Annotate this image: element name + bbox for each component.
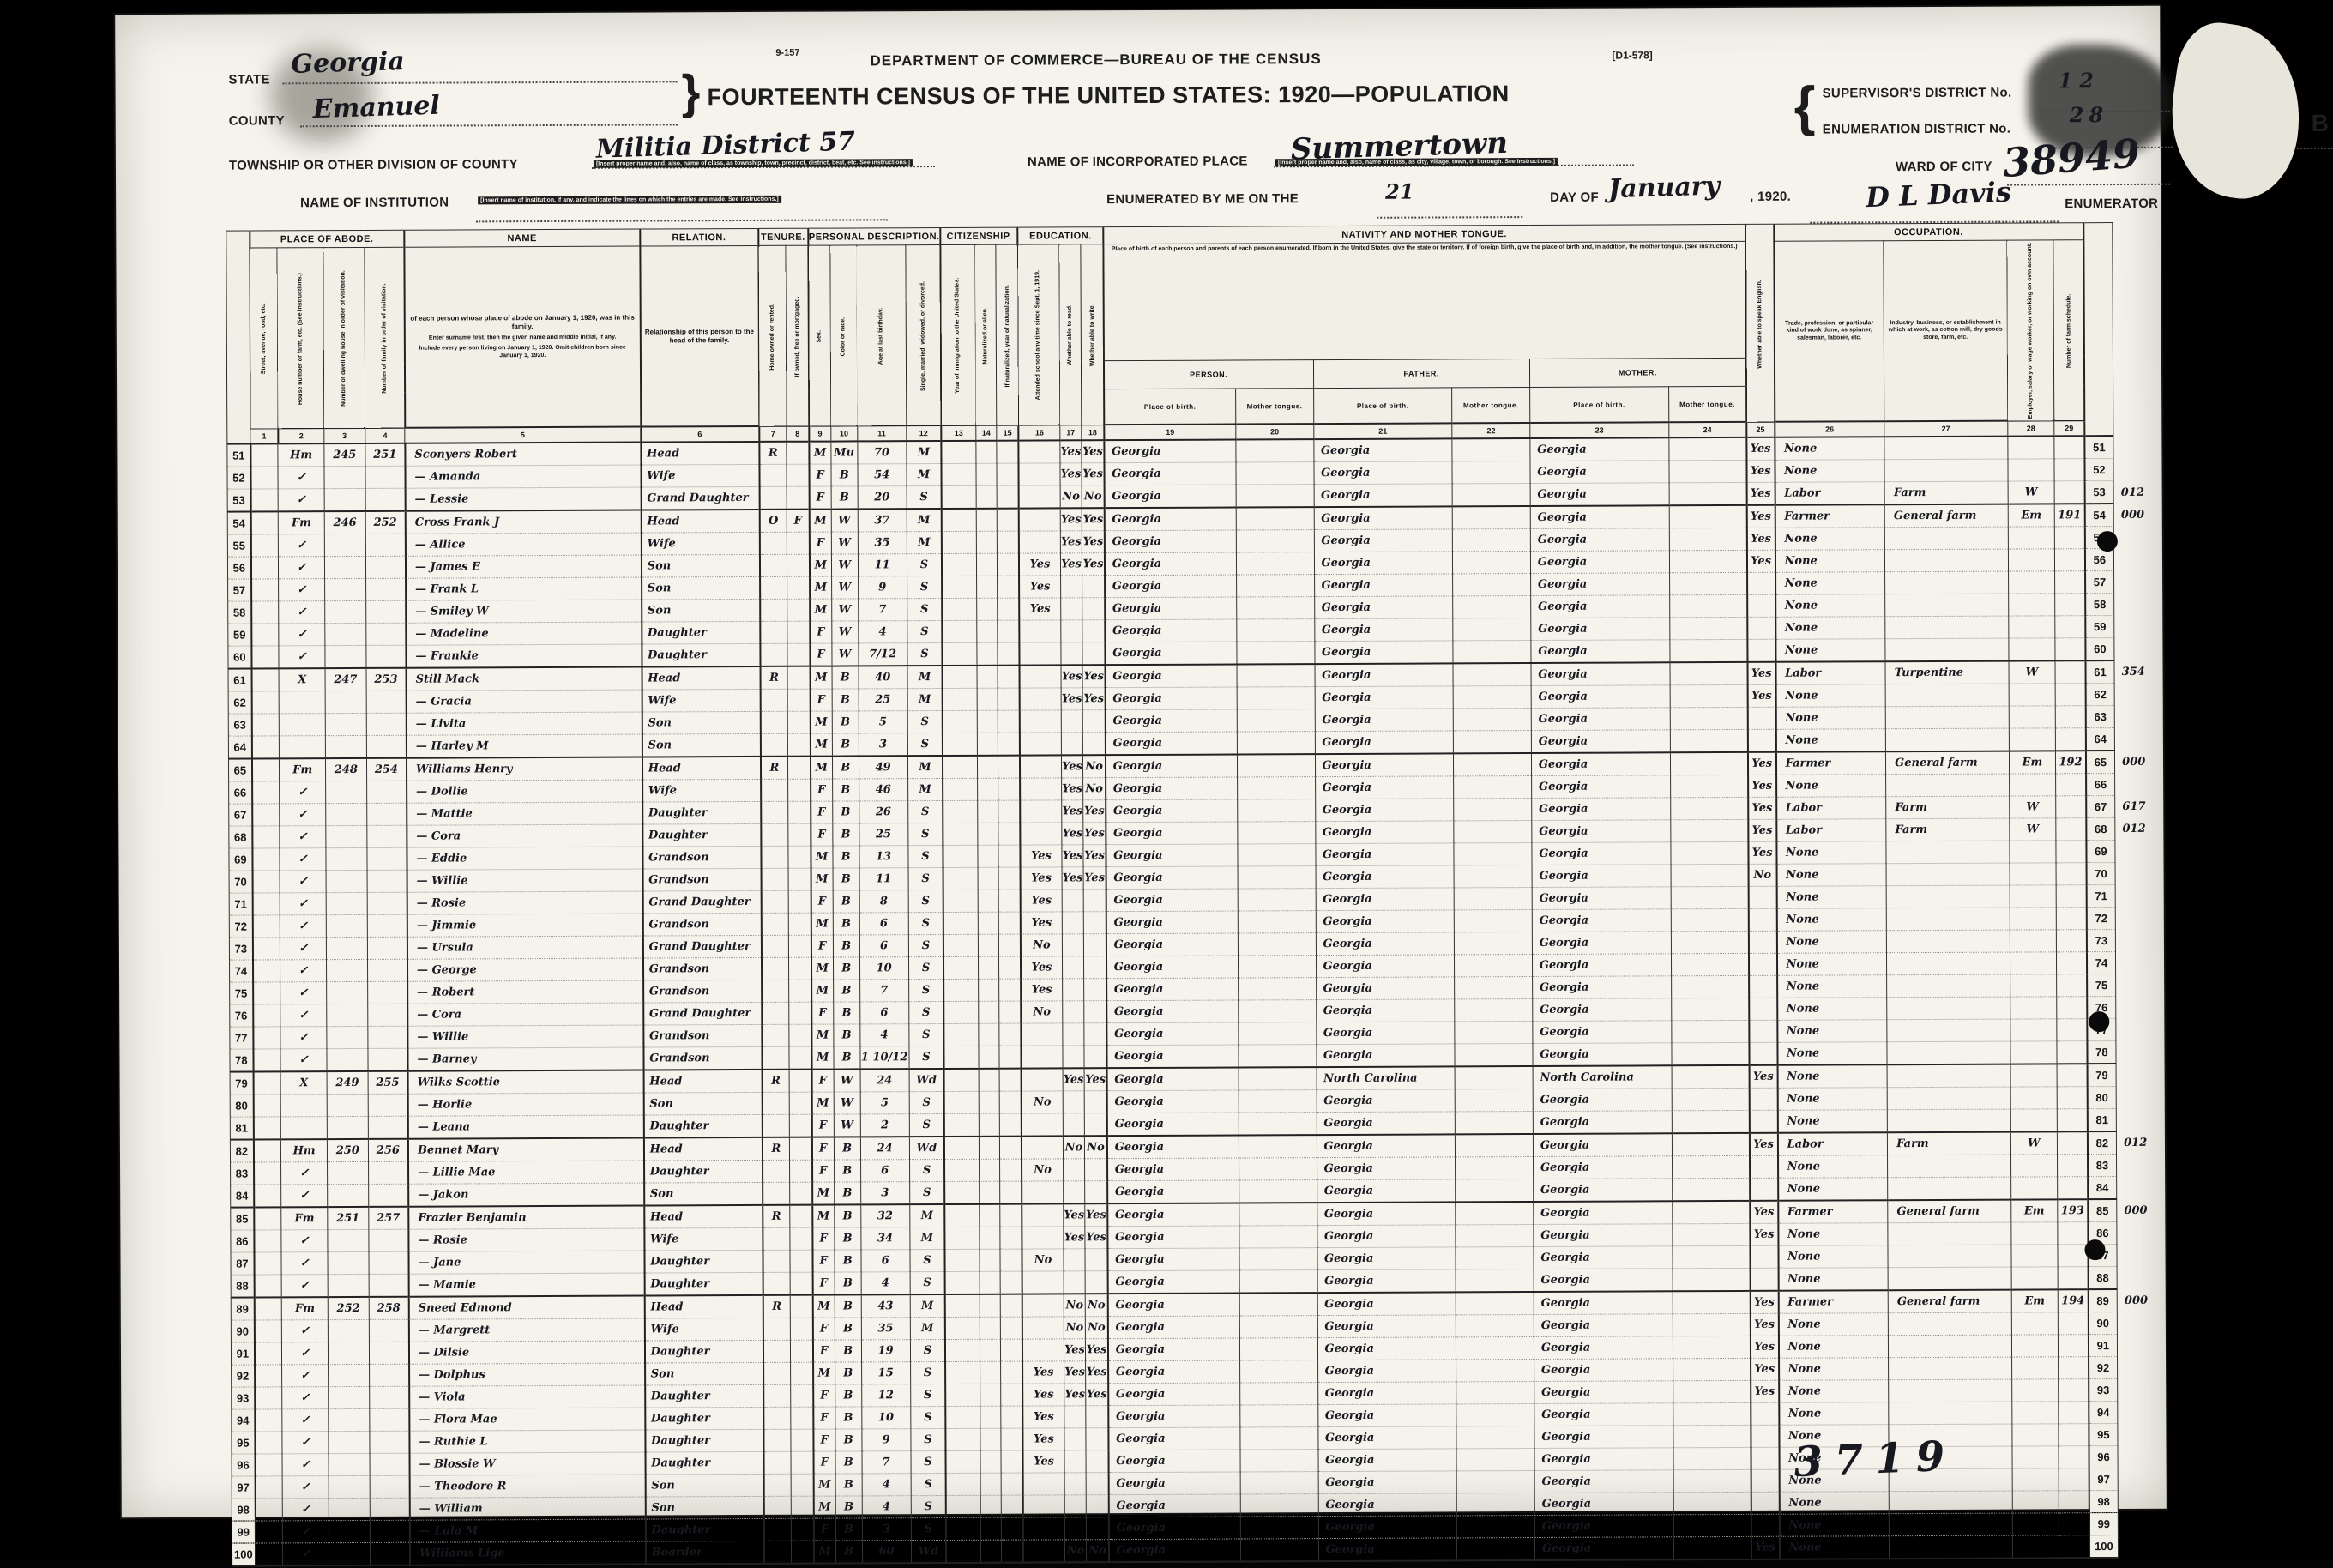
employment: [2010, 1019, 2057, 1041]
naturalization-year: [997, 441, 1019, 464]
person-mother-tongue: [1237, 709, 1315, 732]
naturalized: [978, 980, 999, 1002]
column-number: 13: [942, 425, 976, 441]
immigration-year: [946, 1451, 980, 1474]
family-number: [367, 1004, 407, 1027]
able-to-write: [1085, 1181, 1107, 1204]
name: — Mamie: [409, 1273, 645, 1297]
relation: Grandson: [643, 1047, 762, 1070]
name: — Lessie: [406, 487, 642, 511]
person-birthplace: Georgia: [1105, 575, 1237, 598]
mother-mother-tongue: [1673, 1515, 1751, 1537]
margin-note: [2119, 1535, 2167, 1559]
col-color: Color or race.: [830, 245, 858, 426]
industry: [1886, 885, 2009, 908]
day-of-label: DAY OF: [1550, 190, 1599, 205]
person-mother-tongue: [1238, 777, 1316, 799]
able-to-read: [1063, 1159, 1085, 1181]
father-mother-tongue: [1453, 506, 1531, 529]
person-birthplace: Georgia: [1107, 1180, 1239, 1203]
naturalized: [976, 486, 998, 510]
line-number-right: 64: [2085, 728, 2114, 751]
place-note: [Insert proper name and, also, name of c…: [1275, 158, 1558, 166]
mother-birthplace: Georgia: [1534, 1448, 1673, 1471]
father-birthplace: Georgia: [1318, 1538, 1457, 1560]
margin-note: 012: [2115, 818, 2163, 841]
line-number-right: 82: [2088, 1131, 2117, 1155]
dwelling-number: [328, 1275, 369, 1298]
free-mortgaged: [787, 577, 810, 600]
dwelling-number: 252: [328, 1297, 369, 1320]
dwelling-number: [328, 1252, 369, 1275]
marital-status: S: [911, 1496, 946, 1518]
person-mother-tongue: [1240, 1338, 1318, 1360]
mother-birthplace: Georgia: [1533, 1043, 1672, 1066]
person-mother-tongue: [1237, 619, 1315, 642]
line-number-right: 99: [2089, 1513, 2118, 1535]
attended-school: [1022, 1317, 1064, 1339]
mother-birthplace: Georgia: [1530, 506, 1669, 529]
line-number-right: 72: [2086, 908, 2115, 930]
mother-birthplace: Georgia: [1534, 1314, 1673, 1337]
street-cell: [252, 871, 280, 893]
speaks-english: Yes: [1751, 1381, 1779, 1403]
employment: [2010, 1222, 2058, 1245]
father-birthplace: Georgia: [1317, 1157, 1456, 1180]
sex: F: [813, 1384, 835, 1407]
father-mother-tongue: [1454, 776, 1532, 799]
enumerated-year: , 1920.: [1750, 190, 1791, 204]
father-birthplace: Georgia: [1317, 1426, 1456, 1450]
name: — Harley M: [407, 734, 642, 758]
able-to-read: [1063, 1181, 1085, 1204]
naturalized: [978, 957, 999, 980]
father-mother-tongue: [1456, 1269, 1534, 1293]
family-number: [370, 1454, 410, 1476]
column-number: 3: [324, 428, 365, 443]
color-race: B: [835, 1318, 861, 1340]
person-mother-tongue: [1241, 1539, 1319, 1560]
able-to-write: No: [1087, 1540, 1109, 1560]
mother-birthplace: Georgia: [1532, 932, 1671, 955]
mother-mother-tongue: [1672, 1065, 1750, 1089]
age: 24: [860, 1137, 909, 1161]
able-to-write: [1084, 956, 1106, 979]
mother-birthplace: Georgia: [1534, 1403, 1673, 1426]
able-to-write: [1084, 1023, 1106, 1046]
family-number: [369, 1342, 409, 1365]
line-number-right: 60: [2085, 638, 2114, 661]
street-cell: [253, 938, 280, 960]
group-citizenship: CITIZENSHIP.: [941, 227, 1018, 244]
county-label: COUNTY: [229, 113, 285, 128]
table-header: PLACE OF ABODE. NAME RELATION. TENURE. P…: [226, 222, 2162, 444]
color-race: W: [834, 1114, 860, 1137]
family-number: [368, 1117, 408, 1140]
sex: F: [812, 1250, 835, 1272]
column-number: 1: [250, 429, 278, 444]
attended-school: Yes: [1021, 890, 1062, 912]
mother-birthplace: Georgia: [1533, 1111, 1672, 1134]
occupation: None: [1777, 1042, 1887, 1065]
mother-mother-tongue: [1673, 1201, 1751, 1224]
able-to-read: [1062, 890, 1084, 912]
sex: F: [811, 801, 833, 823]
speaks-english: Yes: [1747, 551, 1775, 573]
township-note: [Insert proper name and, also, name of c…: [594, 159, 913, 168]
attended-school: [1019, 441, 1060, 464]
name: Frazier Benjamin: [408, 1206, 644, 1230]
father-birthplace: Georgia: [1316, 1044, 1455, 1067]
person-birthplace: Georgia: [1109, 1539, 1241, 1560]
naturalization-year: [998, 846, 1021, 868]
naturalized: [980, 1250, 1001, 1272]
name: — Allice: [406, 533, 642, 556]
free-mortgaged: [790, 1273, 812, 1296]
immigration-year: [943, 621, 977, 643]
relation: Daughter: [642, 644, 760, 667]
occupation: None: [1777, 998, 1887, 1021]
age: 26: [859, 801, 907, 823]
dwelling-number: [326, 960, 367, 982]
street-cell: [254, 1298, 281, 1321]
margin-note: [2113, 527, 2161, 549]
industry: [1885, 549, 2008, 572]
naturalization-year: [998, 890, 1021, 913]
street-cell: [250, 489, 278, 512]
home-owned-rented: [761, 802, 788, 824]
margin-note: [2116, 1064, 2164, 1087]
occupation: Farmer: [1775, 752, 1885, 775]
abode-mark: ✓: [282, 1275, 329, 1298]
margin-note: [2118, 1513, 2166, 1535]
person-birthplace: Georgia: [1106, 777, 1238, 800]
person-mother-tongue: [1240, 1517, 1318, 1539]
naturalization-year: [998, 913, 1021, 935]
dwelling-number: [326, 848, 367, 871]
able-to-read: [1063, 1113, 1085, 1137]
person-mother-tongue: [1240, 1450, 1318, 1472]
street-cell: [251, 534, 279, 557]
name: Wilks Scottie: [408, 1070, 644, 1095]
abode-mark: Fm: [281, 1208, 328, 1231]
mother-mother-tongue: [1670, 662, 1748, 685]
street-cell: [253, 915, 280, 938]
dwelling-number: [329, 1387, 370, 1409]
col-farm-schedule: Number of farm schedule.: [2053, 240, 2084, 421]
industry: [1887, 997, 2010, 1020]
immigration-year: [944, 1160, 979, 1182]
farm-schedule: [2055, 527, 2085, 549]
sex: F: [810, 621, 832, 643]
abode-mark: Fm: [280, 759, 326, 782]
line-number-right: 96: [2089, 1446, 2118, 1468]
line-number: 87: [231, 1252, 254, 1275]
father-mother-tongue: [1456, 1404, 1534, 1426]
relation: Grandson: [643, 980, 762, 1004]
father-mother-tongue: [1455, 932, 1533, 955]
father-mother-tongue: [1453, 529, 1531, 552]
person-mother-tongue: [1239, 1136, 1317, 1159]
speaks-english: Yes: [1750, 1201, 1778, 1224]
dwelling-number: [327, 1117, 368, 1140]
nativity-note: Place of birth of each person and parent…: [1103, 241, 1746, 360]
immigration-year: [942, 599, 976, 621]
abode-mark: ✓: [282, 1365, 329, 1387]
mother-birthplace: Georgia: [1532, 909, 1671, 932]
color-race: W: [834, 1092, 860, 1114]
sex: F: [811, 779, 833, 801]
dwelling-number: [324, 534, 365, 557]
margin-note: 000: [2113, 504, 2161, 527]
street-cell: [253, 960, 280, 982]
margin-note: [2114, 684, 2162, 706]
naturalized: [977, 756, 998, 779]
mother-birthplace: Georgia: [1531, 753, 1670, 776]
color-race: B: [831, 464, 858, 486]
employment: [2008, 571, 2055, 594]
line-number-right: 83: [2088, 1155, 2117, 1177]
color-race: B: [834, 1160, 860, 1182]
age: 25: [859, 823, 907, 846]
name: — Willie: [407, 869, 643, 892]
father-mother-tongue: [1453, 552, 1531, 574]
able-to-write: Yes: [1082, 441, 1104, 464]
street-cell: [255, 1499, 282, 1521]
relation: Son: [642, 734, 761, 757]
color-race: B: [833, 823, 859, 846]
employment: [2009, 841, 2056, 863]
immigration-year: [945, 1384, 980, 1407]
marital-status: S: [908, 935, 943, 957]
abode-mark: ✓: [280, 804, 326, 826]
street-cell: [255, 1432, 282, 1454]
name: Bennet Mary: [408, 1138, 644, 1162]
industry: [1887, 1087, 2010, 1110]
attended-school: Yes: [1023, 1428, 1064, 1450]
industry: [1888, 1222, 2010, 1245]
name: — Rosie: [407, 891, 643, 914]
occupation: None: [1778, 1336, 1888, 1359]
occupation: None: [1775, 550, 1884, 573]
naturalized: [979, 1204, 1000, 1227]
father-mother-tongue: [1454, 865, 1532, 888]
naturalized: [979, 1046, 1000, 1070]
person-mother-tongue: [1239, 1158, 1317, 1180]
column-number: 19: [1104, 425, 1236, 441]
naturalized: [979, 1114, 1000, 1137]
family-number: [366, 781, 407, 804]
free-mortgaged: [788, 734, 811, 757]
free-mortgaged: [790, 1137, 812, 1161]
employment: [2009, 706, 2056, 728]
relation: Daughter: [642, 824, 761, 847]
mother-mother-tongue: [1672, 1043, 1750, 1066]
attended-school: Yes: [1021, 845, 1062, 867]
abode-mark: ✓: [279, 534, 325, 557]
able-to-write: Yes: [1083, 845, 1106, 867]
relation: Son: [643, 1093, 762, 1116]
mother-birthplace: Georgia: [1534, 1381, 1673, 1404]
dwelling-number: 247: [325, 668, 366, 691]
relation: Head: [641, 442, 759, 465]
margin-note: [2113, 459, 2161, 481]
able-to-read: [1060, 576, 1082, 598]
free-mortgaged: [788, 869, 811, 891]
naturalization-year: [998, 621, 1020, 643]
margin-note: [2116, 1019, 2164, 1041]
line-number: 67: [229, 804, 252, 826]
industry: [1885, 706, 2008, 729]
attended-school: [1019, 463, 1060, 485]
line-number-right: 97: [2089, 1468, 2118, 1491]
person-mother-tongue: [1240, 1383, 1318, 1405]
home-owned-rented: [759, 487, 787, 510]
farm-schedule: 194: [2059, 1290, 2089, 1313]
person-mother-tongue: [1237, 642, 1315, 665]
color-race: B: [832, 801, 859, 823]
abode-mark: ✓: [280, 848, 326, 871]
census-table-wrap: PLACE OF ABODE. NAME RELATION. TENURE. P…: [226, 222, 2167, 1560]
naturalization-year: [1000, 1204, 1022, 1227]
industry: [1885, 728, 2008, 751]
person-mother-tongue: [1239, 978, 1317, 1000]
line-number: 68: [229, 826, 252, 848]
col-age: Age at last birthday.: [856, 245, 906, 426]
dwelling-number: [329, 1521, 370, 1543]
marital-status: S: [910, 1340, 945, 1362]
naturalized: [977, 666, 998, 689]
mother-mother-tongue: [1673, 1448, 1751, 1470]
supervisor-value: 12: [2058, 68, 2101, 93]
supervisor-brace: {: [1794, 75, 1816, 138]
father-mother-tongue: [1453, 663, 1531, 686]
line-number: 86: [231, 1230, 254, 1252]
age: 4: [862, 1496, 911, 1518]
naturalization-year: [1000, 1137, 1022, 1160]
speaks-english: Yes: [1748, 752, 1776, 775]
street-cell: [251, 669, 279, 692]
marital-status: Wd: [909, 1137, 944, 1160]
dwelling-number: [326, 915, 367, 938]
speaks-english: Yes: [1751, 1537, 1780, 1560]
dwelling-number: [329, 1432, 370, 1454]
employment: [2010, 1087, 2058, 1109]
marital-status: S: [911, 1451, 946, 1474]
line-number: 73: [229, 938, 252, 960]
dwelling-number: [327, 1095, 368, 1117]
farm-schedule: [2055, 661, 2085, 684]
farm-schedule: [2056, 863, 2086, 885]
relation: Grand Daughter: [641, 487, 759, 510]
mother-mother-tongue: [1671, 998, 1749, 1021]
father-mother-tongue: [1454, 753, 1532, 776]
mother-mother-tongue: [1673, 1426, 1751, 1448]
speaks-english: [1750, 1269, 1778, 1292]
relation: Grandson: [643, 1025, 762, 1048]
able-to-read: [1060, 620, 1082, 642]
father-mother-tongue: [1455, 1044, 1533, 1067]
home-owned-rented: [763, 1452, 791, 1475]
person-birthplace: Georgia: [1106, 1090, 1239, 1113]
able-to-read: Yes: [1063, 1069, 1085, 1092]
abode-mark: ✓: [283, 1476, 329, 1499]
father-birthplace: Georgia: [1317, 1112, 1456, 1135]
person-mother-tongue: [1239, 1226, 1317, 1248]
industry: [1889, 1379, 2011, 1402]
col-industry-desc: Industry, business, or establishment in …: [1884, 240, 2007, 422]
name: — Livita: [407, 712, 642, 735]
street-cell: [254, 1208, 281, 1231]
relation: Head: [644, 1205, 763, 1228]
margin-note: [2115, 863, 2163, 885]
dwelling-number: [329, 1454, 370, 1476]
census-rows: 51Hm245251Sconyers RobertHeadRMMu70MYesY…: [227, 436, 2167, 1560]
home-owned-rented: [763, 1430, 791, 1452]
industry: [1888, 1177, 2010, 1200]
free-mortgaged: [790, 1115, 812, 1138]
able-to-write: [1083, 710, 1106, 733]
street-cell: [254, 1162, 281, 1185]
sex: F: [811, 1114, 834, 1137]
naturalization-year: [998, 643, 1020, 666]
immigration-year: [942, 464, 976, 486]
free-mortgaged: [791, 1341, 813, 1363]
mother-tongue-label: Mother tongue.: [1668, 387, 1746, 423]
age: 3: [859, 733, 907, 757]
age: 6: [859, 935, 908, 957]
able-to-read: Yes: [1061, 845, 1083, 867]
relation: Grand Daughter: [643, 1003, 762, 1026]
industry: General farm: [1888, 1200, 2010, 1223]
employment: W: [2010, 1132, 2058, 1155]
column-number: 18: [1082, 425, 1104, 441]
free-mortgaged: [789, 1025, 811, 1047]
mother-birthplace: Georgia: [1533, 1179, 1672, 1202]
naturalization-year: [998, 733, 1021, 757]
sex: F: [810, 689, 832, 711]
occupation: Farmer: [1778, 1201, 1888, 1224]
occupation: None: [1777, 1020, 1887, 1043]
dwelling-number: [328, 1320, 369, 1342]
line-number-right: 52: [2084, 459, 2113, 481]
age: 34: [860, 1227, 909, 1250]
column-number: 16: [1019, 425, 1060, 441]
dwelling-number: [324, 557, 365, 579]
father-birthplace: Georgia: [1314, 618, 1453, 642]
employment: [2010, 1245, 2058, 1267]
age: 40: [859, 666, 907, 690]
home-owned-rented: [760, 600, 787, 622]
naturalization-year: [1002, 1517, 1024, 1540]
father-birthplace: Georgia: [1314, 507, 1453, 530]
sex: F: [809, 486, 831, 510]
column-number: 6: [641, 426, 759, 443]
home-owned-rented: [762, 1047, 789, 1070]
age: 7: [858, 599, 907, 621]
free-mortgaged: [787, 533, 810, 555]
line-number: 72: [229, 915, 252, 938]
mother-birthplace: Georgia: [1534, 1202, 1673, 1225]
column-number: 22: [1452, 423, 1529, 438]
line-number: 95: [232, 1432, 255, 1454]
sex: M: [811, 1092, 834, 1114]
family-number: [369, 1387, 409, 1409]
person-birthplace: Georgia: [1107, 1158, 1239, 1181]
mother-mother-tongue: [1673, 1224, 1751, 1246]
person-mother-tongue: [1239, 1248, 1317, 1270]
occupation: None: [1778, 1245, 1888, 1269]
